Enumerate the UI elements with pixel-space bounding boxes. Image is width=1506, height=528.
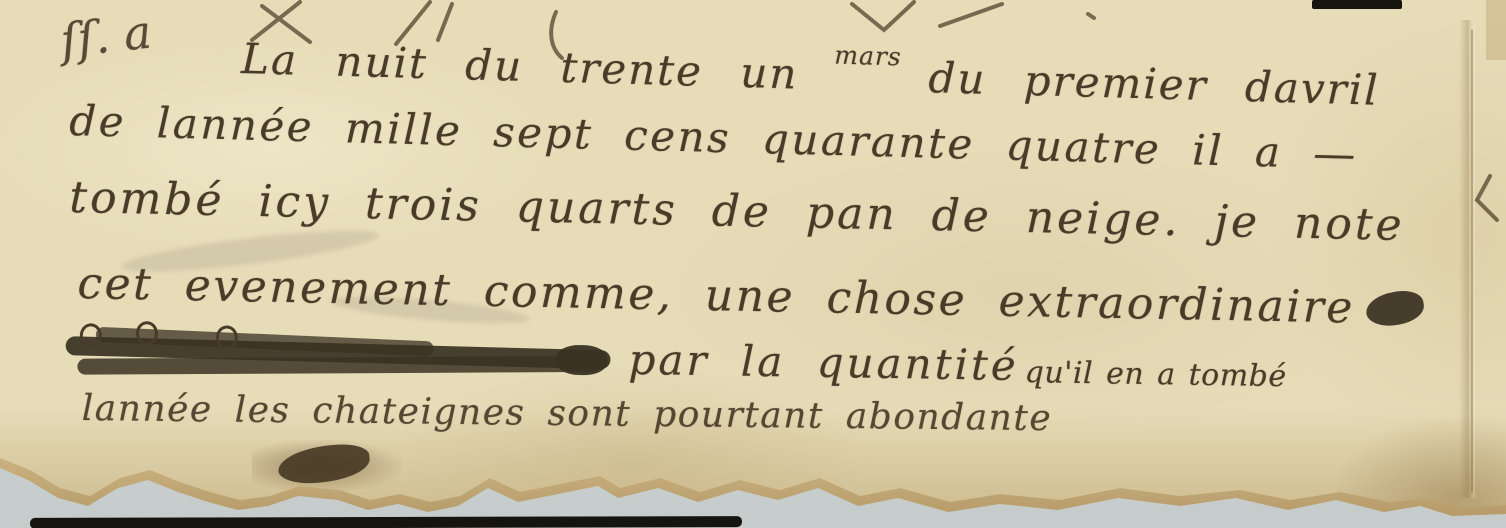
manuscript-line-5: par la quantitéqu'il en a tombé — [65, 326, 1287, 398]
line-1-text-after-insertion: du premier davril — [928, 53, 1380, 115]
scribble-end-blob — [555, 345, 607, 376]
manuscript-line-1: La nuit du trente un mars du premier dav… — [241, 34, 1381, 115]
fold-crease-line — [1471, 30, 1473, 492]
right-edge-patch — [1486, 0, 1506, 60]
scribble-stroke — [77, 356, 600, 375]
interlinear-insertion-mars: mars — [834, 41, 902, 72]
line-1-text: La nuit du trente un — [241, 34, 800, 99]
line-5-cramped-tail: qu'il en a tombé — [1024, 355, 1287, 394]
dark-strip-top-right — [1312, 0, 1402, 9]
dark-strip-bottom — [30, 516, 742, 528]
struck-out-scribble — [65, 327, 611, 388]
ink-blot — [1364, 288, 1426, 330]
line-5-text: par la quantité — [628, 335, 1019, 390]
paper-sheet: ſſ. a La nuit du trente un mars du premi… — [0, 0, 1506, 528]
manuscript-scan: ſſ. a La nuit du trente un mars du premi… — [0, 0, 1506, 528]
paraph-mark: ſſ. a — [58, 5, 154, 68]
manuscript-line-4: cet evenement comme, une chose extraordi… — [77, 258, 1355, 334]
